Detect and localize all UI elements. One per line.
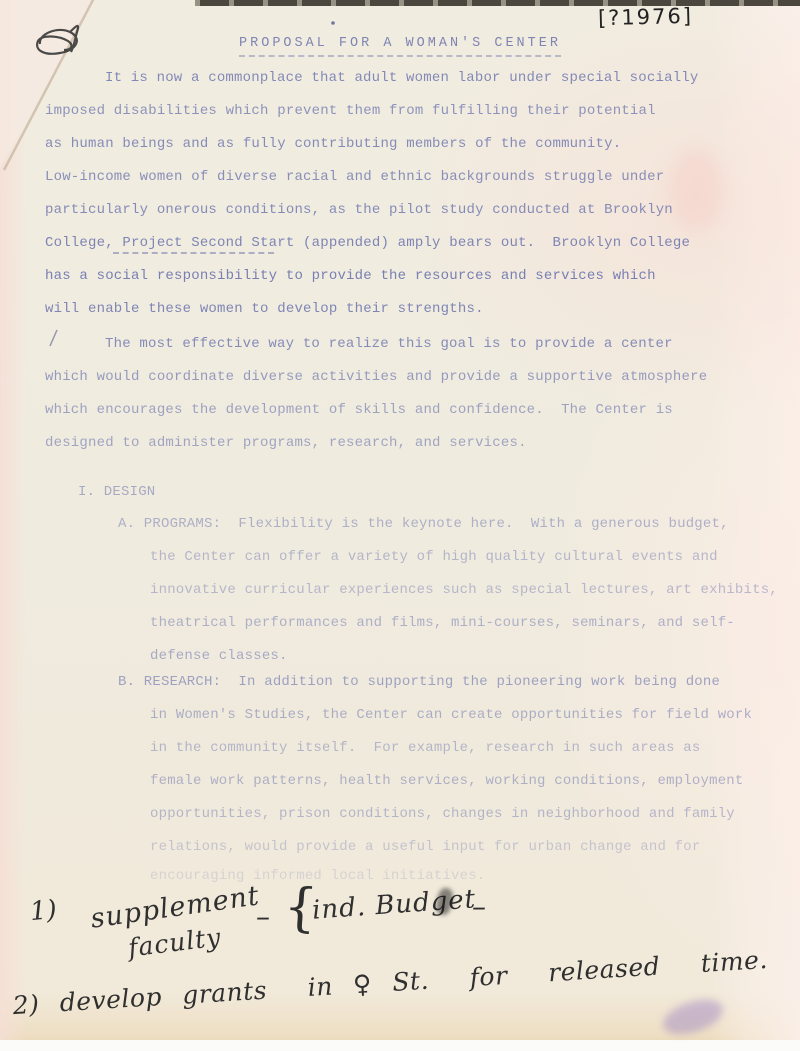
typed-line: particularly onerous conditions, as the … xyxy=(45,200,673,220)
typed-line: as human beings and as fully contributin… xyxy=(45,134,621,154)
typed-line: imposed disabilities which prevent them … xyxy=(45,101,656,121)
note-1-number: 1) xyxy=(29,895,58,927)
section-heading: I. DESIGN xyxy=(78,482,155,502)
note-1-dash-right: – xyxy=(472,890,486,923)
typed-line: theatrical performances and films, mini-… xyxy=(150,613,735,633)
project-second-start-underline xyxy=(113,252,274,254)
handwritten-date-annotation: [?1976] xyxy=(598,4,694,30)
typed-line: has a social responsibility to provide t… xyxy=(45,266,656,286)
typed-line: defense classes. xyxy=(150,646,288,666)
typed-line: female work patterns, health services, w… xyxy=(150,771,744,791)
typed-line: which encourages the development of skil… xyxy=(45,400,673,420)
typed-line: The most effective way to realize this g… xyxy=(105,334,673,354)
typed-line: Low-income women of diverse racial and e… xyxy=(45,167,664,187)
typed-line: the Center can offer a variety of high q… xyxy=(150,547,718,567)
typed-line: B. RESEARCH: In addition to supporting t… xyxy=(118,672,720,692)
typed-line: A. PROGRAMS: Flexibility is the keynote … xyxy=(118,514,729,534)
scan-edge-bottom xyxy=(0,1040,800,1051)
typed-line: will enable these women to develop their… xyxy=(45,299,484,319)
typed-line: College, Project Second Start (appended)… xyxy=(45,233,690,253)
typed-line: which would coordinate diverse activitie… xyxy=(45,367,707,387)
document-title: PROPOSAL FOR A WOMAN'S CENTER xyxy=(239,36,561,57)
typed-line: designed to administer programs, researc… xyxy=(45,433,527,453)
typed-line: innovative curricular experiences such a… xyxy=(150,580,778,600)
typed-line: It is now a commonplace that adult women… xyxy=(105,68,699,88)
note-1-dash-left: – xyxy=(256,900,270,933)
typed-line: in Women's Studies, the Center can creat… xyxy=(150,705,752,725)
typed-line: in the community itself. For example, re… xyxy=(150,738,701,758)
pink-smudge xyxy=(668,148,724,232)
scan-edge-top xyxy=(195,0,800,6)
typed-line: opportunities, prison conditions, change… xyxy=(150,804,735,824)
typed-line: relations, would provide a useful input … xyxy=(150,837,701,857)
